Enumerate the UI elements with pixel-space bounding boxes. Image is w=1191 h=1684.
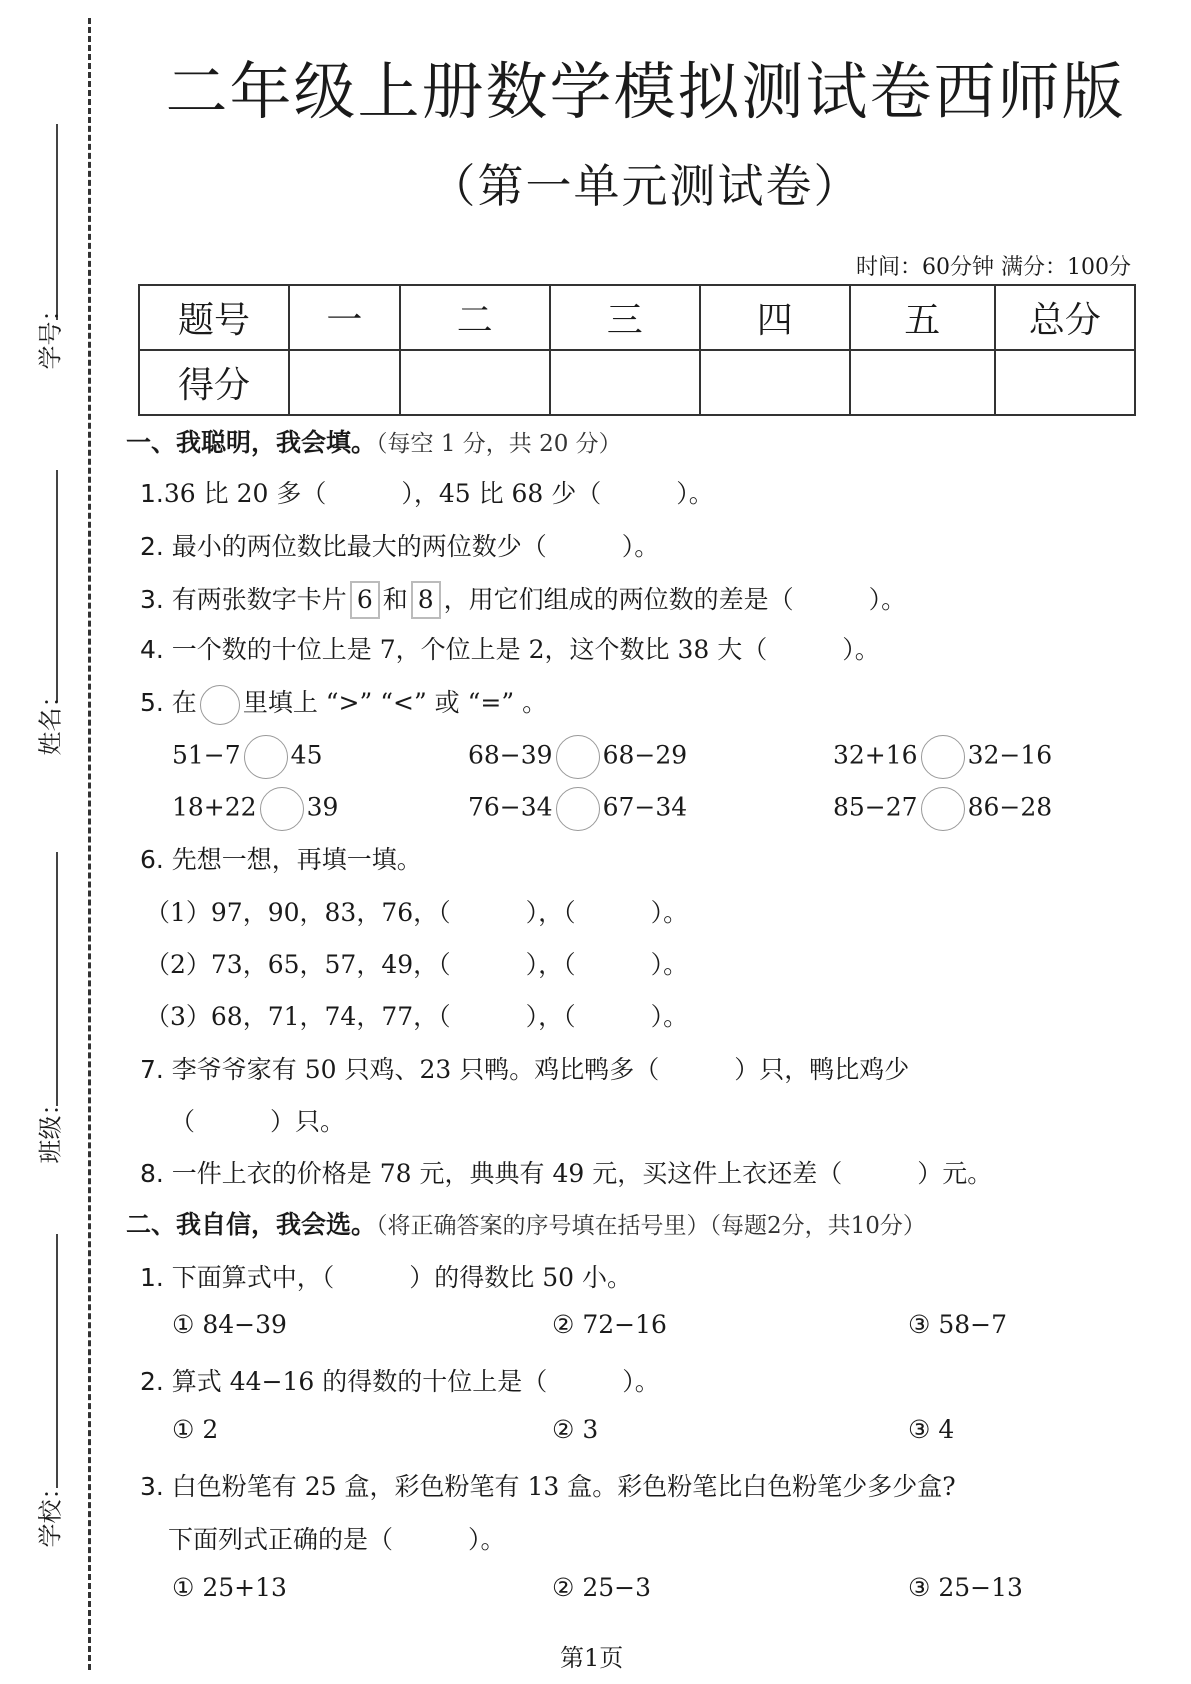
score-table-score-row: 得分 [139, 350, 1135, 415]
question-number: 8. [140, 1159, 164, 1188]
question-text: 和 [383, 585, 408, 614]
answer-circle[interactable] [556, 735, 600, 779]
question-text: ，用它们组成的两位数的差是（ ）。 [444, 585, 907, 614]
question-text: 白色粉笔有 25 盒，彩色粉笔有 13 盒。彩色粉笔比白色粉笔少多少盒? [164, 1472, 956, 1501]
score-table-cell: 二 [400, 285, 550, 350]
question-2-2: 2. 算式 44−16 的得数的十位上是（ ）。 [140, 1362, 660, 1398]
name-label: 姓名： [31, 716, 66, 756]
question-text: 算式 44−16 的得数的十位上是（ ）。 [164, 1367, 660, 1396]
page-number: 第1页 [560, 1638, 623, 1673]
section-2-heading: 二、我自信，我会选。（将正确答案的序号填在括号里）（每题2分，共10分） [126, 1205, 926, 1241]
sequence-item-3: （3）68，71，74，77，（ ），（ ）。 [145, 997, 688, 1033]
digit-card-8: 8 [411, 581, 441, 619]
expression-left: 18+22 [172, 793, 257, 822]
section-2-note: （将正确答案的序号填在括号里）（每题2分，共10分） [376, 1213, 926, 1239]
question-number: 7. [140, 1055, 164, 1084]
question-1-6: 6. 先想一想，再填一填。 [140, 840, 422, 876]
score-table: 题号 一 二 三 四 五 总分 得分 [138, 284, 1136, 416]
page-subtitle: （第一单元测试卷） [100, 150, 1191, 216]
score-table-cell: 题号 [139, 285, 289, 350]
question-number: 1. [140, 479, 164, 508]
question-number: 2. [140, 1367, 164, 1396]
question-number: 6. [140, 845, 164, 874]
question-text: 在 [164, 688, 197, 717]
sequence-item-2: （2）73，65，57，49，（ ），（ ）。 [145, 945, 688, 981]
class-field-line[interactable] [56, 852, 58, 1106]
question-text: 下面算式中，（ ）的得数比 50 小。 [164, 1263, 632, 1292]
score-table-cell: 三 [550, 285, 700, 350]
question-2-3-continued: 下面列式正确的是（ ）。 [168, 1520, 506, 1556]
question-1-2: 2. 最小的两位数比最大的两位数少（ ）。 [140, 527, 659, 563]
comparison-item: 68−3968−29 [468, 735, 687, 779]
expression-left: 76−34 [468, 793, 553, 822]
question-1-7-continued: （ ）只。 [170, 1102, 345, 1138]
option-3: ③ 25−13 [908, 1573, 1023, 1602]
option-3: ③ 58−7 [908, 1310, 1007, 1339]
question-2-3: 3. 白色粉笔有 25 盒，彩色粉笔有 13 盒。彩色粉笔比白色粉笔少多少盒? [140, 1467, 956, 1503]
section-1-title: 一、我聪明，我会填。 [126, 428, 376, 457]
question-text: 最小的两位数比最大的两位数少（ ）。 [164, 532, 659, 561]
binding-cut-line [88, 18, 91, 1670]
score-input-cell[interactable] [400, 350, 550, 415]
score-input-cell[interactable] [995, 350, 1135, 415]
question-text: 李爷爷家有 50 只鸡、23 只鸭。鸡比鸭多（ ）只，鸭比鸡少 [164, 1055, 909, 1084]
question-text: 里填上 “>” “<” 或 “=” 。 [243, 688, 547, 717]
time-score-info: 时间：60分钟 满分：100分 [856, 250, 1131, 281]
question-number: 4. [140, 635, 164, 664]
option-2: ② 72−16 [552, 1310, 667, 1339]
question-number: 5. [140, 688, 164, 717]
score-table-cell: 四 [700, 285, 850, 350]
expression-right: 39 [307, 793, 339, 822]
question-1-1: 1.36 比 20 多（ ），45 比 68 少（ ）。 [140, 474, 714, 510]
question-number: 3. [140, 585, 164, 614]
question-number: 2. [140, 532, 164, 561]
question-1-3: 3. 有两张数字卡片6和8，用它们组成的两位数的差是（ ）。 [140, 580, 906, 619]
option-1: ① 84−39 [172, 1310, 287, 1339]
expression-right: 68−29 [603, 741, 688, 770]
question-1-5: 5. 在里填上 “>” “<” 或 “=” 。 [140, 683, 547, 725]
expression-left: 51−7 [172, 741, 241, 770]
score-input-cell[interactable] [289, 350, 400, 415]
question-text: 一个数的十位上是 7，个位上是 2，这个数比 38 大（ ）。 [164, 635, 880, 664]
score-table-header-row: 题号 一 二 三 四 五 总分 [139, 285, 1135, 350]
student-id-field-line[interactable] [56, 124, 58, 320]
school-label: 学校： [31, 1508, 66, 1548]
option-2: ② 3 [552, 1415, 598, 1444]
comparison-item: 85−2786−28 [833, 787, 1052, 831]
comparison-item: 51−745 [172, 735, 322, 779]
score-table-cell: 五 [850, 285, 995, 350]
digit-card-6: 6 [350, 581, 380, 619]
expression-right: 45 [291, 741, 323, 770]
expression-left: 85−27 [833, 793, 918, 822]
comparison-item: 76−3467−34 [468, 787, 687, 831]
question-number: 3. [140, 1472, 164, 1501]
section-2-title: 二、我自信，我会选。 [126, 1210, 376, 1239]
answer-circle[interactable] [244, 735, 288, 779]
answer-circle[interactable] [260, 787, 304, 831]
score-table-cell: 总分 [995, 285, 1135, 350]
expression-left: 32+16 [833, 741, 918, 770]
score-input-cell[interactable] [550, 350, 700, 415]
class-label: 班级： [31, 1124, 66, 1164]
option-2: ② 25−3 [552, 1573, 651, 1602]
score-input-cell[interactable] [850, 350, 995, 415]
name-field-line[interactable] [56, 470, 58, 702]
answer-circle[interactable] [556, 787, 600, 831]
answer-circle[interactable] [921, 787, 965, 831]
option-3: ③ 4 [908, 1415, 954, 1444]
question-1-8: 8. 一件上衣的价格是 78 元，典典有 49 元，买这件上衣还差（ ）元。 [140, 1154, 992, 1190]
expression-right: 32−16 [968, 741, 1053, 770]
comparison-item: 18+2239 [172, 787, 338, 831]
expression-right: 67−34 [603, 793, 688, 822]
score-table-cell: 一 [289, 285, 400, 350]
page-title: 二年级上册数学模拟测试卷西师版 [100, 42, 1191, 131]
answer-circle[interactable] [921, 735, 965, 779]
question-number: 1. [140, 1263, 164, 1292]
expression-left: 68−39 [468, 741, 553, 770]
option-1: ① 2 [172, 1415, 218, 1444]
question-text: 先想一想，再填一填。 [164, 845, 422, 874]
score-table-cell: 得分 [139, 350, 289, 415]
section-1-note: （每空 1 分，共 20 分） [376, 431, 622, 457]
student-id-label: 学号： [31, 330, 66, 370]
sequence-item-1: （1）97，90，83，76，（ ），（ ）。 [145, 893, 688, 929]
question-text: 一件上衣的价格是 78 元，典典有 49 元，买这件上衣还差（ ）元。 [164, 1159, 992, 1188]
score-input-cell[interactable] [700, 350, 850, 415]
option-1: ① 25+13 [172, 1573, 287, 1602]
question-1-7: 7. 李爷爷家有 50 只鸡、23 只鸭。鸡比鸭多（ ）只，鸭比鸡少 [140, 1050, 909, 1086]
question-2-1: 1. 下面算式中，（ ）的得数比 50 小。 [140, 1258, 632, 1294]
circle-icon [200, 685, 240, 725]
question-text: 有两张数字卡片 [164, 585, 347, 614]
section-1-heading: 一、我聪明，我会填。（每空 1 分，共 20 分） [126, 423, 622, 459]
question-text: 36 比 20 多（ ），45 比 68 少（ ）。 [164, 479, 714, 508]
expression-right: 86−28 [968, 793, 1053, 822]
comparison-item: 32+1632−16 [833, 735, 1052, 779]
question-1-4: 4. 一个数的十位上是 7，个位上是 2，这个数比 38 大（ ）。 [140, 630, 880, 666]
school-field-line[interactable] [56, 1234, 58, 1488]
